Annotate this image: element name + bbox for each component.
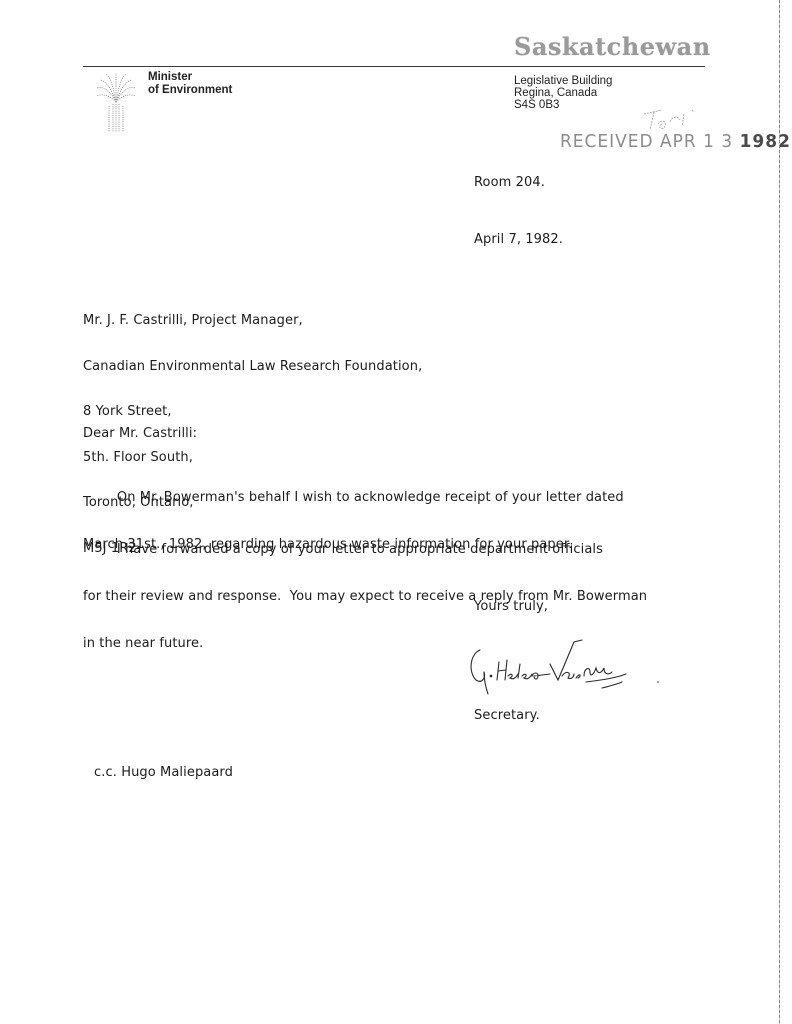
body-line: for their review and response. You may e… (83, 588, 647, 605)
letter-date: April 7, 1982. (474, 232, 563, 247)
signature (466, 636, 666, 702)
received-stamp: RECEIVED APR 1 3 1982 (560, 132, 791, 153)
scan-edge (779, 0, 780, 1024)
room-number: Room 204. (474, 175, 545, 190)
complimentary-close: Yours truly, (474, 599, 548, 614)
address-line: Regina, Canada (514, 87, 612, 99)
received-stamp-label: RECEIVED APR 1 3 (560, 132, 733, 153)
salutation: Dear Mr. Castrilli: (83, 426, 197, 441)
address-line: S4S 0B3 (514, 99, 612, 111)
address-line: Legislative Building (514, 75, 612, 87)
signer-title: Secretary. (474, 708, 540, 723)
recipient-line: 8 York Street, (83, 404, 422, 420)
letterhead-rule (83, 66, 705, 67)
recipient-line: Canadian Environmental Law Research Foun… (83, 359, 422, 375)
letterhead-address: Legislative Building Regina, Canada S4S … (514, 75, 612, 111)
minister-title: Minister of Environment (148, 71, 232, 97)
recipient-line: Mr. J. F. Castrilli, Project Manager, (83, 313, 422, 329)
received-stamp-year: 1982 (740, 132, 791, 153)
wheat-sheaf-icon (96, 72, 136, 138)
body-line: I have forwarded a copy of your letter t… (83, 541, 647, 558)
minister-line: Minister (148, 71, 232, 84)
minister-line: of Environment (148, 84, 232, 97)
body-line: On Mr. Bowerman's behalf I wish to ackno… (83, 489, 624, 506)
carbon-copy: c.c. Hugo Maliepaard (94, 765, 233, 780)
province-wordmark: Saskatchewan (514, 32, 711, 61)
